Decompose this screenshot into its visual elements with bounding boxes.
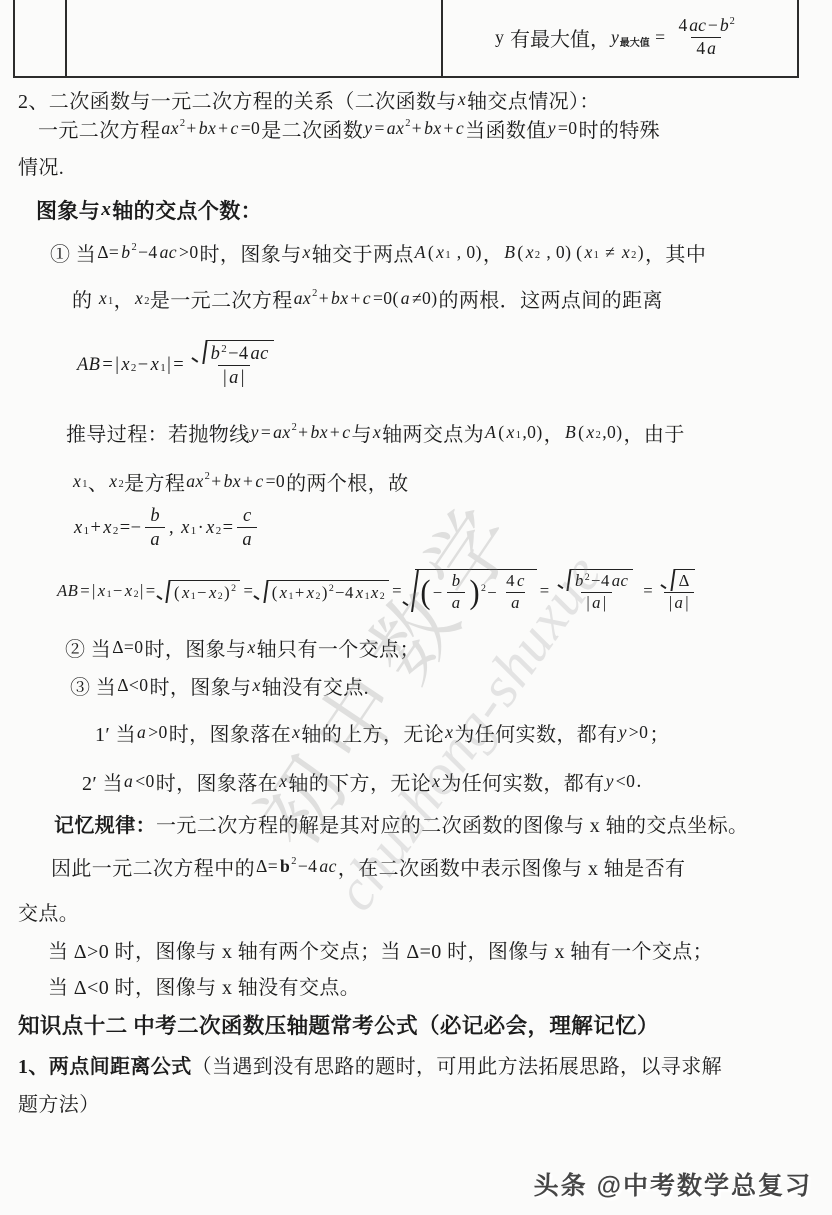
doc-line-3: 情况. — [18, 150, 64, 180]
text-run: 2、二次函数与一元二次方程的关系（二次函数与 — [18, 85, 457, 114]
doc-line-4: 图象与x轴的交点个数： — [36, 194, 262, 226]
text-run: 2 — [205, 471, 211, 482]
text-run: a — [150, 529, 160, 550]
text-run: x — [432, 771, 440, 792]
text-run: x — [182, 583, 190, 603]
text-run: 2 — [113, 525, 119, 537]
text-run: ， — [483, 238, 503, 267]
text-run: bx — [199, 118, 216, 139]
text-run: Δ=0 — [112, 637, 143, 658]
text-run: 1 — [160, 362, 166, 374]
doc-line-20: 当 Δ<0 时，图像与 x 轴没有交点。 — [48, 969, 360, 1001]
text-run: 1 — [191, 591, 196, 602]
doc-line-5: ① 当Δ=b2−4ac>0时，图象与x轴交于两点A(x1 , 0)，B(x2 ,… — [50, 236, 706, 268]
text-run: x — [526, 242, 534, 263]
text-run: + — [218, 118, 228, 139]
text-run: = — [651, 27, 670, 48]
text-run: | — [115, 354, 119, 375]
text-run: · — [198, 517, 205, 538]
text-run: y — [251, 422, 259, 443]
text-run: 轴交于两点 — [312, 238, 414, 267]
doc-line-16: 记忆规律：一元二次方程的解是其对应的二次函数的图像与 x 轴的交点坐标。 — [54, 807, 748, 839]
text-run: =− — [120, 517, 142, 538]
text-run: 时，图象落在 — [156, 767, 278, 796]
text-run: ； — [649, 718, 669, 747]
text-run: >0 — [629, 722, 649, 743]
text-run: = — [374, 118, 384, 139]
text-run: . — [636, 770, 641, 793]
text-run: y — [619, 722, 627, 743]
fraction: b2−4ac|a| — [188, 340, 280, 387]
text-run: ，由于 — [624, 418, 685, 447]
text-run: ac — [689, 16, 706, 36]
text-run: b — [211, 343, 221, 364]
text-run: 2 — [131, 362, 137, 374]
text-run: 2 — [221, 343, 227, 355]
text-run: x — [280, 583, 288, 603]
text-run: 、 — [88, 467, 108, 496]
text-run: − — [487, 583, 497, 603]
text-run: x — [356, 583, 364, 603]
text-run: 时，图象与 — [149, 671, 251, 700]
radical: b2−4ac — [560, 569, 634, 591]
text-run: + — [211, 471, 221, 492]
text-run: 1 — [594, 250, 600, 261]
text-run: ( — [174, 583, 180, 603]
text-run: 2′ 当 — [82, 767, 123, 796]
text-run: 2 — [329, 583, 334, 594]
text-run: ,0) — [522, 422, 542, 443]
text-run: =0 — [241, 118, 261, 139]
text-run: a — [229, 367, 239, 388]
text-run: 交点。 — [18, 897, 79, 926]
text-run: ac — [319, 856, 336, 877]
doc-line-18: 交点。 — [18, 895, 79, 927]
text-run: ≠ — [600, 242, 620, 263]
text-run: 2 — [316, 591, 321, 602]
text-run: −4 — [138, 242, 158, 263]
doc-line-21: 知识点十二 中考二次函数压轴题常考公式（必记必会，理解记忆） — [18, 1007, 659, 1041]
doc-line-12: ② 当Δ=0时，图象与x轴只有一个交点； — [65, 631, 420, 663]
text-run: 当 Δ<0 时，图像与 x 轴没有交点。 — [48, 971, 360, 1000]
text-run: ac — [612, 572, 629, 591]
text-run: Δ= — [97, 242, 119, 263]
text-run: | — [140, 581, 144, 601]
text-run: −4 — [591, 572, 610, 591]
text-run: 2 — [631, 250, 637, 261]
text-run: ac — [251, 343, 269, 364]
text-run: 轴只有一个交点； — [257, 633, 420, 662]
text-run: ≠0) — [412, 288, 438, 309]
text-run: ( — [578, 422, 584, 443]
text-run: y — [364, 118, 372, 139]
text-run: ，其中 — [645, 238, 706, 267]
text-run: 4 — [679, 16, 688, 36]
text-run: x — [586, 422, 594, 443]
text-run: 是一元二次方程 — [150, 284, 293, 313]
text-run: ax — [387, 118, 404, 139]
text-run: + — [444, 118, 454, 139]
fraction: 4ac−b24a — [674, 16, 739, 58]
table-cell-max-value-formula: y 有最大值，y最大值 = 4ac−b24a — [441, 0, 795, 76]
text-run: AB — [77, 354, 100, 375]
text-run: = — [540, 581, 550, 601]
text-run: x — [101, 199, 111, 221]
text-run: 轴的上方，无论 — [301, 718, 444, 747]
text-run: x — [135, 288, 143, 309]
text-run: <0 — [135, 771, 155, 792]
text-run: x — [622, 242, 630, 263]
text-run: 当函数值 — [465, 114, 547, 143]
text-run: | — [685, 594, 689, 613]
text-run: bx — [331, 288, 348, 309]
text-run: 1 — [516, 430, 522, 441]
doc-line-2: 一元二次方程ax2+bx+c=0是二次函数y=ax2+bx+c当函数值y=0时的… — [38, 112, 660, 144]
text-run: x — [125, 581, 133, 601]
text-run: x — [584, 242, 592, 263]
text-run: b — [280, 856, 290, 877]
text-run: b — [720, 16, 729, 36]
text-run: ) — [469, 579, 480, 606]
text-run: ac — [160, 242, 177, 263]
text-run: ， — [114, 284, 134, 313]
radical: b2−4ac — [194, 340, 274, 364]
doc-line-23: 题方法） — [18, 1086, 100, 1118]
text-run: 2 — [481, 583, 486, 594]
text-run: B — [504, 242, 515, 263]
text-run: x — [458, 89, 466, 110]
text-run: a — [401, 288, 410, 309]
text-run: = — [173, 354, 184, 375]
text-run: c — [363, 288, 371, 309]
text-run: 是二次函数 — [261, 114, 363, 143]
text-run: a — [707, 39, 716, 59]
table-column-divider-1 — [65, 0, 67, 76]
text-run: 轴的下方，无论 — [288, 767, 431, 796]
text-run: 与 — [351, 418, 371, 447]
text-run: = — [146, 581, 156, 601]
text-run: a — [137, 722, 146, 743]
text-run: a — [124, 771, 133, 792]
text-run: + — [295, 583, 305, 603]
text-run: 1 — [108, 296, 114, 307]
text-run: 2 — [291, 856, 297, 867]
text-run: 有最大值， — [505, 23, 610, 52]
text-run: Δ= — [256, 856, 278, 877]
text-run: c — [456, 118, 464, 139]
text-run: + — [350, 288, 360, 309]
text-run: + — [243, 471, 253, 492]
text-run: | — [586, 594, 590, 613]
text-run: 当 Δ>0 时，图像与 x 轴有两个交点；当 Δ=0 时，图像与 x 轴有一个交… — [48, 935, 713, 964]
text-run: 2 — [405, 118, 411, 129]
text-run: x — [373, 422, 381, 443]
text-run: = — [80, 581, 90, 601]
text-run: + — [412, 118, 422, 139]
text-run: （当遇到没有思路的题时，可用此方法拓展思路，以寻求解 — [192, 1050, 722, 1079]
text-run: x — [445, 722, 453, 743]
doc-line-19: 当 Δ>0 时，图像与 x 轴有两个交点；当 Δ=0 时，图像与 x 轴有一个交… — [48, 933, 713, 965]
text-run: 2 — [216, 525, 222, 537]
text-run: − — [433, 583, 443, 603]
text-run: a — [511, 594, 520, 613]
text-run: x — [371, 583, 379, 603]
text-run: 的两根．这两点间的距离 — [438, 284, 662, 313]
text-run: c — [255, 471, 263, 492]
radical: (−ba)2−4ca — [405, 569, 537, 612]
text-run: bx — [311, 422, 328, 443]
doc-line-7: AB=|x2−x1|=b2−4ac|a| — [76, 336, 283, 392]
text-run: bx — [224, 471, 241, 492]
text-run: = — [223, 517, 234, 538]
doc-line-11: AB=|x1−x2|=(x1−x2)2=(x1+x2)2−4x1x2=(−ba)… — [56, 556, 704, 626]
doc-line-10: x1+x2=−ba, x1·x2=ca — [73, 501, 260, 553]
text-run: −4 — [298, 856, 318, 877]
doc-line-9: x1、x2是方程ax2+bx+c=0的两个根，故 — [72, 465, 409, 497]
text-run: y — [606, 771, 614, 792]
text-run: ③ 当 — [70, 671, 116, 700]
radical: (x1−x2)2 — [159, 580, 241, 603]
text-run: 2 — [180, 118, 186, 129]
document-page: y 有最大值，y最大值 = 4ac−b24a 2、二次函数与一元二次方程的关系（… — [0, 0, 832, 1215]
radical: Δ — [663, 569, 695, 591]
text-run: b — [575, 572, 584, 591]
text-run: =0 — [266, 471, 286, 492]
text-run: 知识点十二 中考二次函数压轴题常考公式（必记必会，理解记忆） — [18, 1009, 659, 1040]
text-run: x — [303, 242, 311, 263]
text-run: c — [342, 422, 350, 443]
text-run: ax — [186, 471, 203, 492]
fraction: ba — [145, 505, 165, 549]
text-run: 轴交点情况）： — [467, 85, 600, 114]
text-run: 时的特殊 — [578, 114, 660, 143]
text-run: x — [247, 637, 255, 658]
text-run: x — [121, 354, 130, 375]
text-run: 2 — [312, 288, 318, 299]
text-run: 2 — [218, 591, 223, 602]
text-run: x — [307, 583, 315, 603]
text-run: , — [169, 517, 179, 538]
text-run: 1 — [191, 525, 197, 537]
doc-line-8: 推导过程：若抛物线y=ax2+bx+c与x轴两交点为A(x1,0)，B(x2,0… — [66, 416, 685, 448]
text-run: 为任何实数，都有 — [454, 718, 617, 747]
text-run: x — [103, 517, 112, 538]
text-run: A — [485, 422, 496, 443]
fraction: 4ca — [501, 572, 530, 612]
text-run: AB — [57, 581, 78, 601]
text-run: 2 — [596, 430, 602, 441]
text-run: ) — [224, 583, 230, 603]
text-run: ,0) — [602, 422, 622, 443]
text-run: | — [669, 594, 673, 613]
text-run: = — [102, 354, 113, 375]
text-run: 因此一元二次方程中的 — [51, 852, 255, 881]
text-run: 1 — [107, 589, 112, 600]
text-run: 2 — [730, 16, 735, 28]
text-run: 1 — [289, 591, 294, 602]
text-run: y — [548, 118, 556, 139]
text-run: x — [73, 471, 81, 492]
text-run: =0( — [373, 288, 399, 309]
text-run: bx — [424, 118, 441, 139]
text-run: ， — [544, 418, 564, 447]
text-run: + — [319, 288, 329, 309]
radical: (x1+x2)2−4x1x2 — [256, 580, 389, 603]
cjk-subscript: 最大值 — [620, 34, 650, 49]
text-run: b — [121, 242, 130, 263]
text-run: >0 — [148, 722, 168, 743]
text-run: <0 — [616, 771, 636, 792]
text-run: 是方程 — [124, 467, 185, 496]
text-run: ② 当 — [65, 633, 111, 662]
text-run: 轴两交点为 — [382, 418, 484, 447]
text-run: x — [74, 517, 83, 538]
text-run: − — [197, 583, 207, 603]
text-run: x — [181, 517, 190, 538]
text-run: 1 — [84, 525, 90, 537]
text-run: | — [603, 594, 607, 613]
text-run: c — [230, 118, 238, 139]
text-run: 一元二次方程 — [38, 114, 160, 143]
table-fragment: y 有最大值，y最大值 = 4ac−b24a — [13, 0, 799, 78]
fraction: ca — [237, 505, 257, 549]
text-run: ( — [498, 422, 504, 443]
text-run: 时，图象与 — [200, 238, 302, 267]
text-run: 2 — [292, 422, 298, 433]
text-run: 1′ 当 — [95, 718, 136, 747]
text-run: 轴没有交点. — [262, 671, 369, 700]
text-run: ① 当 — [50, 238, 96, 267]
text-run: − — [138, 354, 149, 375]
text-run: + — [90, 517, 101, 538]
text-run: 轴的交点个数： — [112, 195, 262, 225]
text-run: 为任何实数，都有 — [441, 767, 604, 796]
text-run: ( — [517, 242, 523, 263]
text-run: ax — [161, 118, 178, 139]
text-run: 1、两点间距离公式 — [18, 1050, 192, 1079]
text-run: + — [186, 118, 196, 139]
text-run: = — [261, 422, 271, 443]
text-run: 时，图象与 — [144, 633, 246, 662]
text-run: 一元二次方程的解是其对应的二次函数的图像与 x 轴的交点坐标。 — [156, 809, 748, 838]
toutiao-credit-watermark: 头条 @中考数学总复习 — [534, 1166, 812, 1202]
text-run: −4 — [335, 583, 354, 603]
doc-line-13: ③ 当Δ<0时，图象与x轴没有交点. — [70, 669, 369, 701]
doc-line-15: 2′ 当a<0时，图象落在x轴的下方，无论x为任何实数，都有y<0. — [82, 765, 642, 797]
text-run: , 0) — [452, 242, 482, 263]
fraction: Δ|a| — [657, 569, 701, 612]
text-run: x — [279, 771, 287, 792]
text-run: x — [507, 422, 515, 443]
fraction: b2−4ac|a| — [554, 569, 640, 612]
text-run: ( — [420, 579, 431, 606]
text-run: 2 — [131, 242, 137, 253]
text-run: = — [643, 581, 653, 601]
text-run: 2 — [585, 572, 590, 583]
text-run: | — [167, 354, 171, 375]
text-run: >0 — [179, 242, 199, 263]
text-run: x — [436, 242, 444, 263]
text-run: , 0) ( — [542, 242, 583, 263]
text-run: c — [243, 505, 252, 526]
text-run: 推导过程：若抛物线 — [66, 418, 250, 447]
text-run: x — [98, 581, 106, 601]
text-run: 记忆规律： — [54, 809, 156, 838]
text-run: 2 — [134, 589, 139, 600]
text-run: Δ<0 — [117, 675, 148, 696]
text-run: c — [517, 572, 525, 591]
text-run: 2 — [144, 296, 150, 307]
text-run: ( — [272, 583, 278, 603]
text-run: 1 — [445, 250, 451, 261]
text-run: 1 — [82, 479, 88, 490]
doc-line-17: 因此一元二次方程中的Δ=b2−4ac，在二次函数中表示图像与 x 轴是否有 — [51, 849, 685, 883]
text-run: A — [415, 242, 426, 263]
text-run: − — [708, 16, 718, 36]
text-run: | — [223, 367, 227, 388]
text-run: 的 — [72, 284, 98, 313]
text-run: | — [241, 367, 245, 388]
text-run: − — [113, 581, 123, 601]
text-run: y — [611, 27, 619, 48]
text-run: x — [252, 675, 260, 696]
fraction: ba — [447, 572, 466, 612]
text-run: = — [392, 581, 402, 601]
text-run: x — [292, 722, 300, 743]
doc-line-6: 的 x1，x2是一元二次方程ax2+bx+c=0(a≠0)的两根．这两点间的距离 — [72, 282, 663, 314]
text-run: b — [452, 572, 461, 591]
text-run: x — [99, 288, 107, 309]
text-run: x — [109, 471, 117, 492]
text-run: 4 — [506, 572, 515, 591]
text-run: = — [243, 581, 253, 601]
text-run: 2 — [118, 479, 124, 490]
text-run: =0 — [558, 118, 578, 139]
text-run: | — [92, 581, 96, 601]
text-run: 2 — [380, 591, 385, 602]
text-run: −4 — [228, 343, 248, 364]
text-run: ( — [428, 242, 434, 263]
text-run: + — [330, 422, 340, 443]
text-run: x — [209, 583, 217, 603]
text-run: a — [242, 529, 252, 550]
text-run: 1 — [365, 591, 370, 602]
text-run: 题方法） — [18, 1088, 100, 1117]
text-run: 4 — [696, 39, 705, 59]
doc-line-1: 2、二次函数与一元二次方程的关系（二次函数与x轴交点情况）： — [18, 84, 600, 114]
text-run: a — [592, 594, 601, 613]
text-run: b — [150, 505, 160, 526]
text-run: ax — [294, 288, 311, 309]
text-run: ) — [638, 242, 644, 263]
text-run: x — [206, 517, 215, 538]
text-run: ax — [273, 422, 290, 443]
text-run: a — [452, 594, 461, 613]
text-run: ) — [322, 583, 328, 603]
text-run: y — [495, 27, 504, 48]
doc-line-14: 1′ 当a>0时，图象落在x轴的上方，无论x为任何实数，都有y>0； — [95, 716, 670, 748]
text-run: 的两个根，故 — [286, 467, 408, 496]
text-run: ，在二次函数中表示图像与 x 轴是否有 — [338, 852, 686, 881]
text-run: B — [565, 422, 576, 443]
text-run: a — [675, 594, 684, 613]
text-run: 图象与 — [36, 195, 100, 225]
text-run: 2 — [535, 250, 541, 261]
text-run: Δ — [679, 572, 690, 591]
text-run: x — [151, 354, 160, 375]
text-run: 2 — [231, 583, 236, 594]
text-run: 情况. — [18, 151, 64, 180]
